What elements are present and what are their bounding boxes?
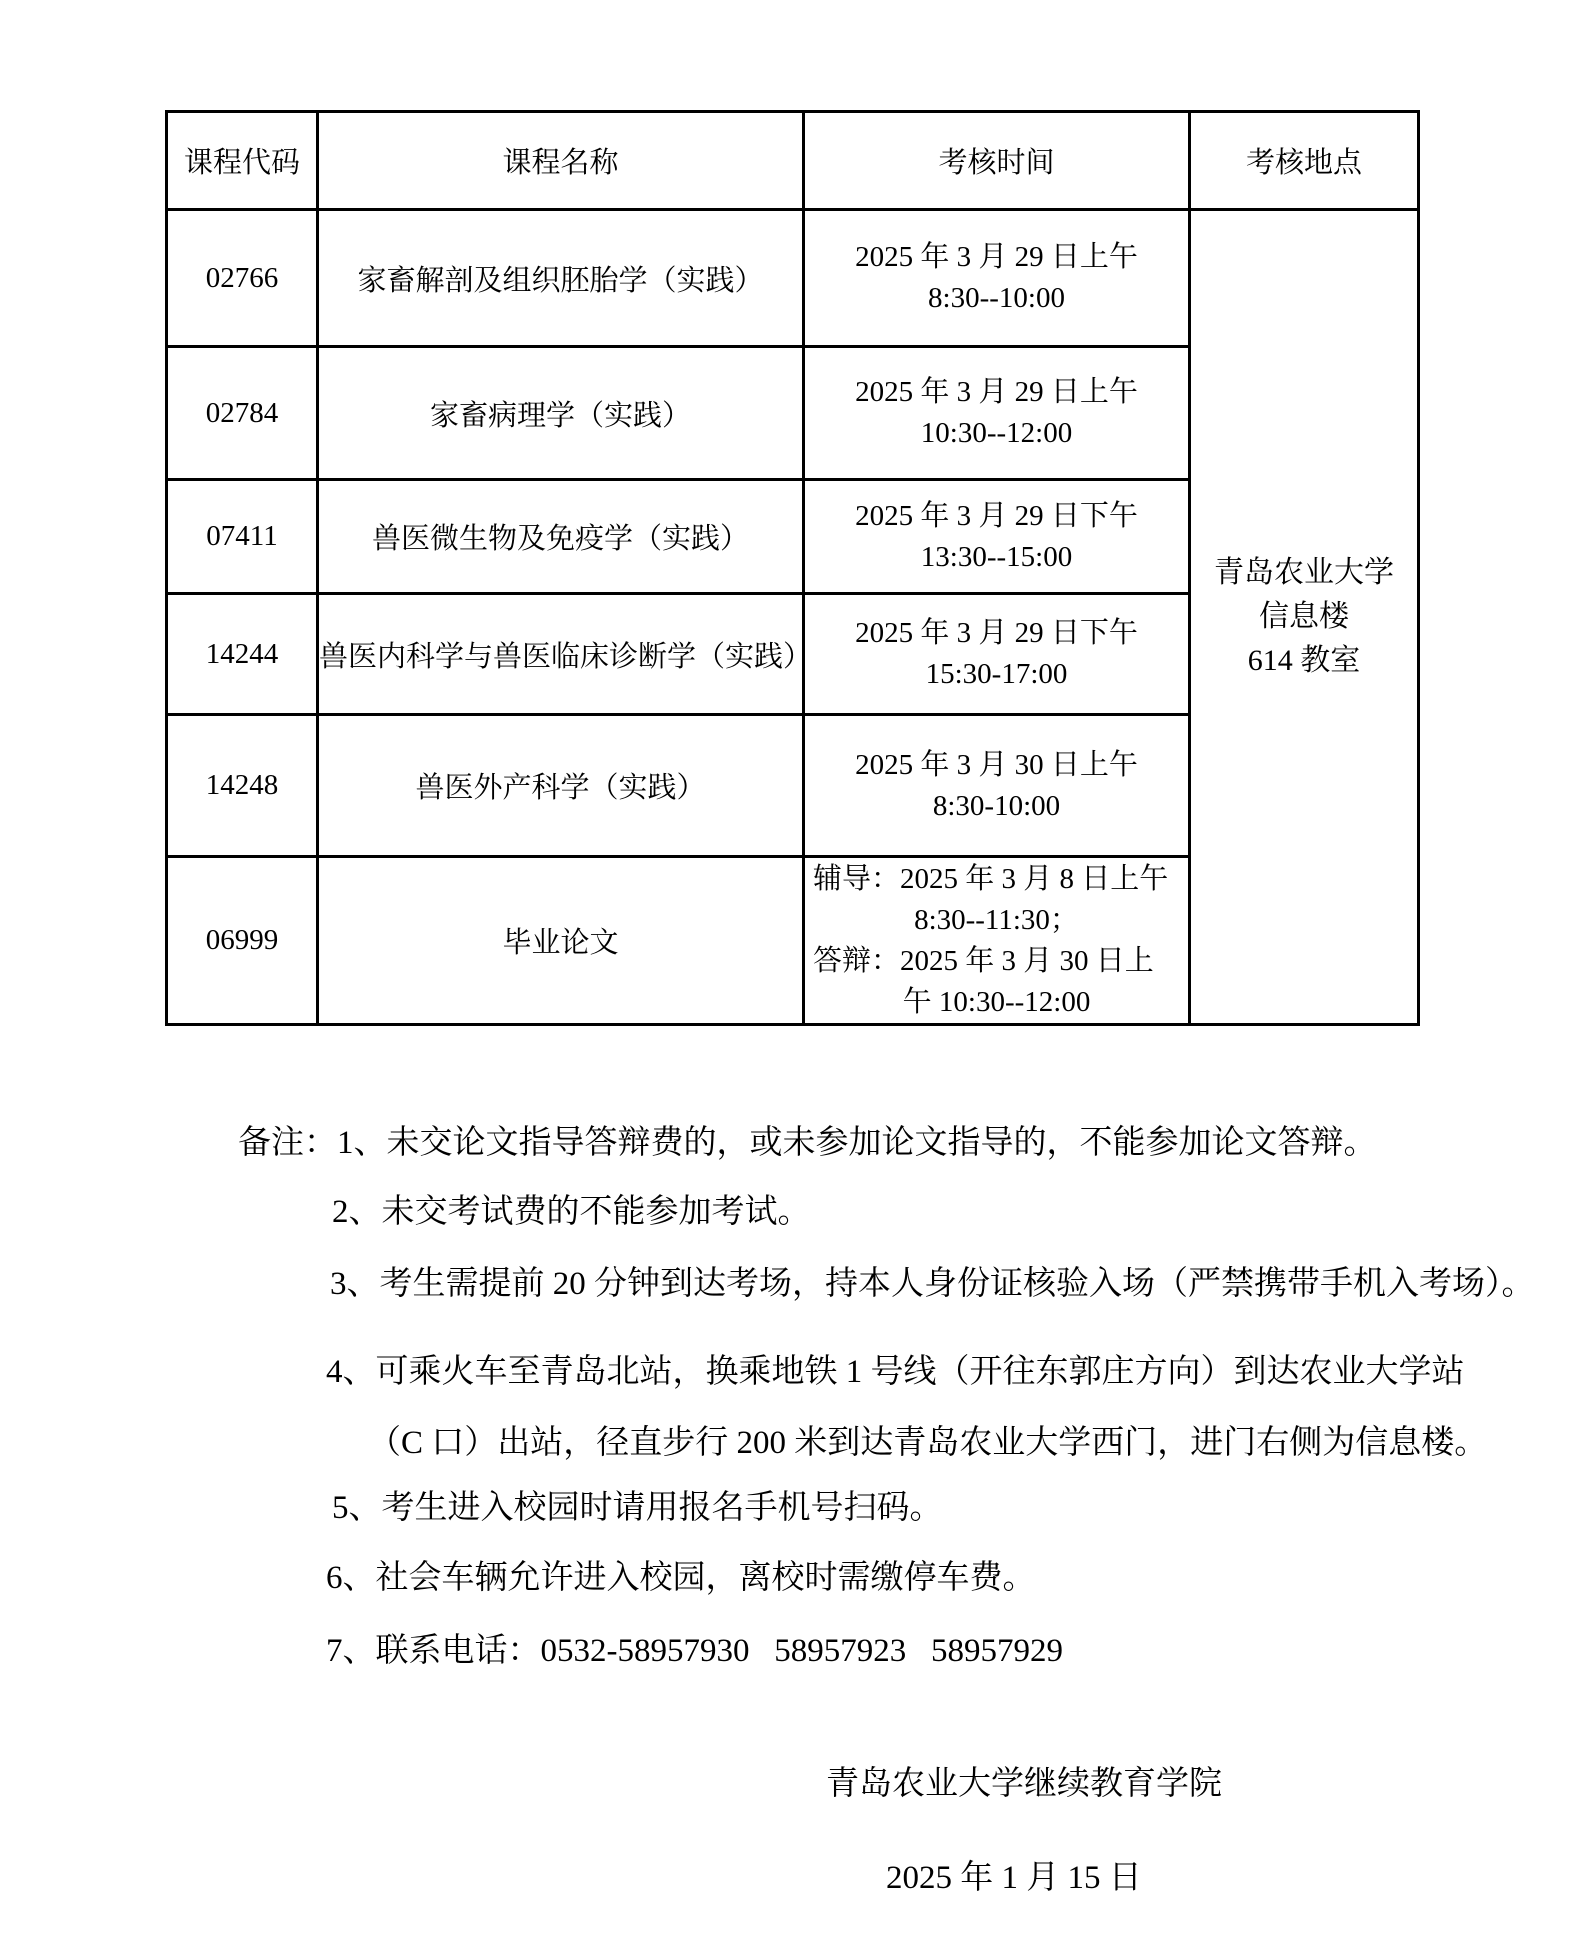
- exam-time: 2025 年 3 月 29 日上午 10:30--12:00: [804, 347, 1190, 480]
- course-code: 06999: [167, 857, 318, 1025]
- course-code: 02766: [167, 210, 318, 347]
- course-name: 兽医内科学与兽医临床诊断学（实践）: [318, 594, 804, 715]
- course-name: 毕业论文: [318, 857, 804, 1025]
- header-course-name: 课程名称: [318, 112, 804, 210]
- exam-time-line: 13:30--15:00: [805, 537, 1188, 578]
- exam-time-lines: 2025 年 3 月 29 日下午 13:30--15:00: [805, 496, 1188, 578]
- exam-location-line: 信息楼: [1191, 595, 1417, 639]
- table-header-row: 课程代码 课程名称 考核时间 考核地点: [167, 112, 1419, 210]
- exam-time-lines: 2025 年 3 月 29 日上午 8:30--10:00: [805, 237, 1188, 319]
- exam-time-line: 辅导：2025 年 3 月 8 日上午: [813, 859, 1180, 900]
- notes-line: 2、未交考试费的不能参加考试。: [0, 1190, 1587, 1234]
- exam-time-lines: 2025 年 3 月 29 日下午 15:30-17:00: [805, 613, 1188, 695]
- course-name-text: 兽医内科学与兽医临床诊断学（实践）: [319, 634, 802, 675]
- course-code: 07411: [167, 480, 318, 594]
- header-exam-time: 考核时间: [804, 112, 1190, 210]
- course-name: 家畜解剖及组织胚胎学（实践）: [318, 210, 804, 347]
- exam-time-lines: 2025 年 3 月 30 日上午 8:30-10:00: [805, 745, 1188, 827]
- exam-time-line: 2025 年 3 月 30 日上午: [805, 745, 1188, 786]
- exam-location-line: 青岛农业大学: [1191, 551, 1417, 595]
- notes-line: 5、考生进入校园时请用报名手机号扫码。: [0, 1486, 1587, 1530]
- course-name-text: 家畜病理学（实践）: [319, 393, 802, 434]
- exam-schedule-table: 课程代码 课程名称 考核时间 考核地点 02766 家畜解剖及组织胚胎学（实践）…: [165, 110, 1420, 1026]
- course-code: 14244: [167, 594, 318, 715]
- notes-line: 备注：1、未交论文指导答辩费的，或未参加论文指导的，不能参加论文答辩。: [0, 1121, 1587, 1165]
- exam-time-lines: 2025 年 3 月 29 日上午 10:30--12:00: [805, 372, 1188, 454]
- course-name-text: 兽医外产科学（实践）: [319, 765, 802, 806]
- header-exam-location: 考核地点: [1190, 112, 1419, 210]
- exam-time: 2025 年 3 月 30 日上午 8:30-10:00: [804, 715, 1190, 857]
- course-name-text: 兽医微生物及免疫学（实践）: [319, 516, 802, 557]
- exam-time-line: 答辩：2025 年 3 月 30 日上: [813, 941, 1180, 982]
- course-code: 14248: [167, 715, 318, 857]
- course-name-text: 家畜解剖及组织胚胎学（实践）: [319, 258, 802, 299]
- course-name: 兽医微生物及免疫学（实践）: [318, 480, 804, 594]
- exam-time: 2025 年 3 月 29 日上午 8:30--10:00: [804, 210, 1190, 347]
- footer-date: 2025 年 1 月 15 日: [886, 1851, 1142, 1898]
- exam-time-line: 8:30--10:00: [805, 278, 1188, 319]
- exam-time-line: 午 10:30--12:00: [813, 982, 1180, 1023]
- course-name-text: 毕业论文: [319, 920, 802, 961]
- notes-line: 7、联系电话：0532-58957930 58957923 58957929: [0, 1629, 1587, 1673]
- exam-time-line: 2025 年 3 月 29 日下午: [805, 496, 1188, 537]
- header-course-code: 课程代码: [167, 112, 318, 210]
- exam-location: 青岛农业大学 信息楼 614 教室: [1190, 210, 1419, 1025]
- course-name: 兽医外产科学（实践）: [318, 715, 804, 857]
- exam-time-line: 15:30-17:00: [805, 654, 1188, 695]
- notes-line: 4、可乘火车至青岛北站，换乘地铁 1 号线（开往东郭庄方向）到达农业大学站: [0, 1350, 1587, 1394]
- table-row: 02766 家畜解剖及组织胚胎学（实践） 2025 年 3 月 29 日上午 8…: [167, 210, 1419, 347]
- notes-line: （C 口）出站，径直步行 200 米到达青岛农业大学西门，进门右侧为信息楼。: [0, 1421, 1587, 1465]
- course-code: 02784: [167, 347, 318, 480]
- document-page: 课程代码 课程名称 考核时间 考核地点 02766 家畜解剖及组织胚胎学（实践）…: [0, 0, 1587, 1954]
- exam-location-line: 614 教室: [1191, 639, 1417, 683]
- exam-time-line: 10:30--12:00: [805, 413, 1188, 454]
- notes-line: 3、考生需提前 20 分钟到达考场，持本人身份证核验入场（严禁携带手机入考场）。: [0, 1262, 1587, 1306]
- course-name: 家畜病理学（实践）: [318, 347, 804, 480]
- exam-time: 辅导：2025 年 3 月 8 日上午 8:30--11:30； 答辩：2025…: [804, 857, 1190, 1025]
- exam-time-line: 8:30-10:00: [805, 786, 1188, 827]
- exam-time-line: 2025 年 3 月 29 日下午: [805, 613, 1188, 654]
- exam-time-line: 8:30--11:30；: [813, 900, 1180, 941]
- exam-time-line: 2025 年 3 月 29 日上午: [805, 237, 1188, 278]
- notes-line: 6、社会车辆允许进入校园，离校时需缴停车费。: [0, 1556, 1587, 1600]
- footer-organization: 青岛农业大学继续教育学院: [826, 1757, 1222, 1804]
- exam-time-line: 2025 年 3 月 29 日上午: [805, 372, 1188, 413]
- exam-time-lines: 辅导：2025 年 3 月 8 日上午 8:30--11:30； 答辩：2025…: [805, 859, 1188, 1023]
- exam-time: 2025 年 3 月 29 日下午 13:30--15:00: [804, 480, 1190, 594]
- exam-time: 2025 年 3 月 29 日下午 15:30-17:00: [804, 594, 1190, 715]
